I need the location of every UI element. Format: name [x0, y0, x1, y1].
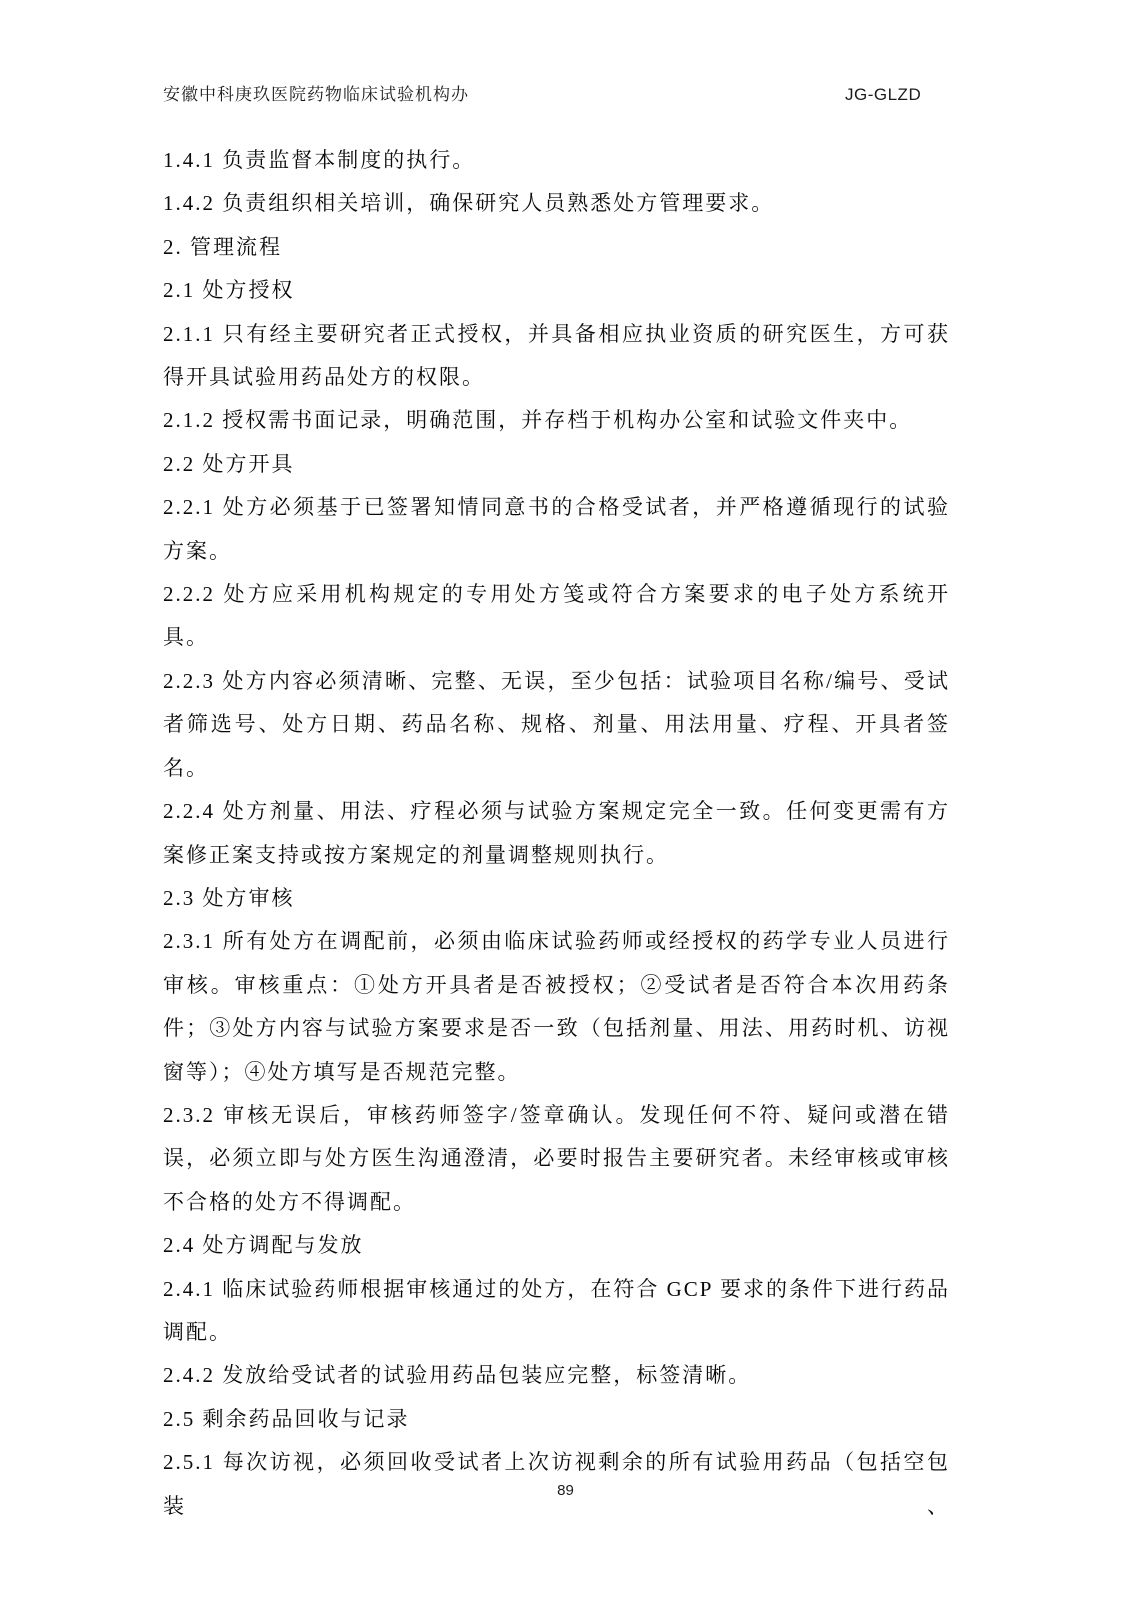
- paragraph-2-2-3: 2.2.3 处方内容必须清晰、完整、无误，至少包括：试验项目名称/编号、受试者筛…: [163, 660, 950, 790]
- paragraph-2-1-2: 2.1.2 授权需书面记录，明确范围，并存档于机构办公室和试验文件夹中。: [163, 399, 950, 442]
- page-header: 安徽中科庚玖医院药物临床试验机构办 JG-GLZD: [163, 84, 950, 108]
- document-body: 1.4.1 负责监督本制度的执行。 1.4.2 负责组织相关培训，确保研究人员熟…: [163, 139, 950, 1528]
- section-heading-2: 2. 管理流程: [163, 226, 950, 269]
- section-heading-2-3: 2.3 处方审核: [163, 877, 950, 920]
- paragraph-2-3-2: 2.3.2 审核无误后，审核药师签字/签章确认。发现任何不符、疑问或潜在错误，必…: [163, 1094, 950, 1224]
- section-heading-2-2: 2.2 处方开具: [163, 443, 950, 486]
- paragraph-2-4-1: 2.4.1 临床试验药师根据审核通过的处方，在符合 GCP 要求的条件下进行药品…: [163, 1268, 950, 1355]
- section-heading-2-1: 2.1 处方授权: [163, 269, 950, 312]
- document-page: 安徽中科庚玖医院药物临床试验机构办 JG-GLZD 1.4.1 负责监督本制度的…: [0, 0, 1131, 1600]
- paragraph-2-2-4: 2.2.4 处方剂量、用法、疗程必须与试验方案规定完全一致。任何变更需有方案修正…: [163, 790, 950, 877]
- paragraph-1-4-2: 1.4.2 负责组织相关培训，确保研究人员熟悉处方管理要求。: [163, 182, 950, 225]
- paragraph-2-2-2: 2.2.2 处方应采用机构规定的专用处方笺或符合方案要求的电子处方系统开具。: [163, 573, 950, 660]
- section-heading-2-5: 2.5 剩余药品回收与记录: [163, 1398, 950, 1441]
- header-institution-title: 安徽中科庚玖医院药物临床试验机构办: [163, 84, 469, 106]
- header-doc-code: JG-GLZD: [845, 84, 921, 106]
- page-footer: 89: [0, 1482, 1131, 1499]
- paragraph-2-1-1: 2.1.1 只有经主要研究者正式授权，并具备相应执业资质的研究医生，方可获得开具…: [163, 313, 950, 400]
- paragraph-2-3-1: 2.3.1 所有处方在调配前，必须由临床试验药师或经授权的药学专业人员进行审核。…: [163, 920, 950, 1094]
- paragraph-2-2-1: 2.2.1 处方必须基于已签署知情同意书的合格受试者，并严格遵循现行的试验方案。: [163, 486, 950, 573]
- page-number: 89: [557, 1482, 574, 1499]
- paragraph-1-4-1: 1.4.1 负责监督本制度的执行。: [163, 139, 950, 182]
- section-heading-2-4: 2.4 处方调配与发放: [163, 1224, 950, 1267]
- paragraph-2-4-2: 2.4.2 发放给受试者的试验用药品包装应完整，标签清晰。: [163, 1354, 950, 1397]
